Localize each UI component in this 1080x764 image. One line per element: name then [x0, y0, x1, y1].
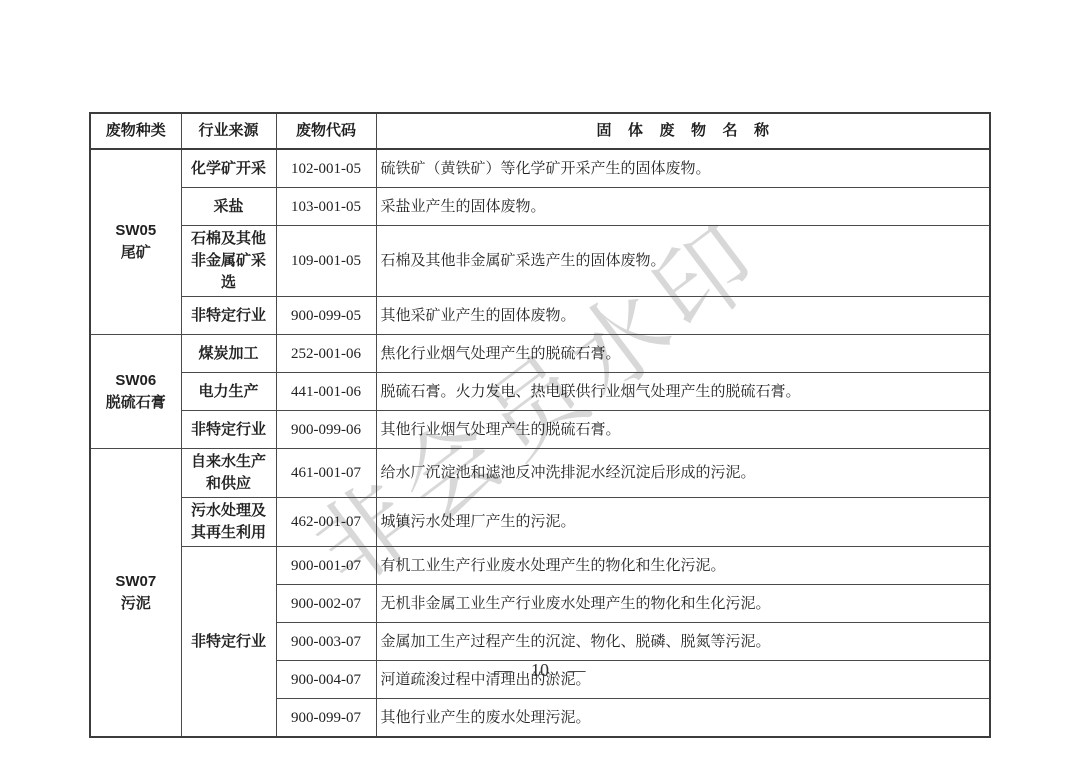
- waste-name-cell: 有机工业生产行业废水处理产生的物化和生化污泥。: [376, 547, 990, 585]
- table-row: SW07污泥自来水生产和供应461-001-07给水厂沉淀池和滤池反冲洗排泥水经…: [90, 449, 990, 498]
- waste-code-cell: 900-002-07: [276, 585, 376, 623]
- waste-code-cell: 461-001-07: [276, 449, 376, 498]
- column-header-waste-code: 废物代码: [276, 113, 376, 149]
- waste-category-label: 脱硫石膏: [95, 392, 177, 414]
- table-row: 非特定行业900-099-06其他行业烟气处理产生的脱硫石膏。: [90, 411, 990, 449]
- waste-catalog-table-container: 废物种类 行业来源 废物代码 固体废物名称 SW05尾矿化学矿开采102-001…: [89, 112, 991, 738]
- table-header-row: 废物种类 行业来源 废物代码 固体废物名称: [90, 113, 990, 149]
- waste-code-cell: 102-001-05: [276, 149, 376, 188]
- industry-source-cell: 化学矿开采: [181, 149, 276, 188]
- industry-source-cell: 电力生产: [181, 373, 276, 411]
- waste-category-label: 尾矿: [95, 242, 177, 264]
- waste-code-cell: 900-099-06: [276, 411, 376, 449]
- waste-code-cell: 252-001-06: [276, 335, 376, 373]
- waste-code-cell: 900-001-07: [276, 547, 376, 585]
- waste-category-cell: SW05尾矿: [90, 149, 181, 335]
- table-row: 非特定行业900-099-05其他采矿业产生的固体废物。: [90, 297, 990, 335]
- industry-source-cell: 非特定行业: [181, 297, 276, 335]
- table-row: 非特定行业900-001-07有机工业生产行业废水处理产生的物化和生化污泥。: [90, 547, 990, 585]
- industry-source-cell: 石棉及其他非金属矿采选: [181, 226, 276, 297]
- industry-source-cell: 煤炭加工: [181, 335, 276, 373]
- waste-name-cell: 城镇污水处理厂产生的污泥。: [376, 498, 990, 547]
- waste-code-cell: 462-001-07: [276, 498, 376, 547]
- table-row: SW05尾矿化学矿开采102-001-05硫铁矿（黄铁矿）等化学矿开采产生的固体…: [90, 149, 990, 188]
- waste-code-cell: 900-099-05: [276, 297, 376, 335]
- industry-source-cell: 采盐: [181, 188, 276, 226]
- waste-name-cell: 采盐业产生的固体废物。: [376, 188, 990, 226]
- table-row: 电力生产441-001-06脱硫石膏。火力发电、热电联供行业烟气处理产生的脱硫石…: [90, 373, 990, 411]
- waste-category-code: SW05: [95, 220, 177, 242]
- column-header-waste-name: 固体废物名称: [376, 113, 990, 149]
- waste-table-body: SW05尾矿化学矿开采102-001-05硫铁矿（黄铁矿）等化学矿开采产生的固体…: [90, 149, 990, 737]
- industry-source-cell: 自来水生产和供应: [181, 449, 276, 498]
- table-row: SW06脱硫石膏煤炭加工252-001-06焦化行业烟气处理产生的脱硫石膏。: [90, 335, 990, 373]
- column-header-waste-type: 废物种类: [90, 113, 181, 149]
- waste-code-cell: 103-001-05: [276, 188, 376, 226]
- column-header-industry-source: 行业来源: [181, 113, 276, 149]
- waste-category-code: SW07: [95, 571, 177, 593]
- waste-name-cell: 无机非金属工业生产行业废水处理产生的物化和生化污泥。: [376, 585, 990, 623]
- waste-name-cell: 其他行业烟气处理产生的脱硫石膏。: [376, 411, 990, 449]
- document-page: 非会员水印 废物种类 行业来源 废物代码 固体废物名称 SW05尾矿化学矿开采1…: [0, 0, 1080, 764]
- waste-name-cell: 脱硫石膏。火力发电、热电联供行业烟气处理产生的脱硫石膏。: [376, 373, 990, 411]
- waste-category-cell: SW07污泥: [90, 449, 181, 738]
- industry-source-cell: 非特定行业: [181, 411, 276, 449]
- waste-category-code: SW06: [95, 370, 177, 392]
- waste-name-cell: 其他行业产生的废水处理污泥。: [376, 699, 990, 738]
- table-row: 采盐103-001-05采盐业产生的固体废物。: [90, 188, 990, 226]
- waste-name-cell: 金属加工生产过程产生的沉淀、物化、脱磷、脱氮等污泥。: [376, 623, 990, 661]
- waste-code-cell: 900-099-07: [276, 699, 376, 738]
- waste-name-cell: 硫铁矿（黄铁矿）等化学矿开采产生的固体废物。: [376, 149, 990, 188]
- waste-name-cell: 给水厂沉淀池和滤池反冲洗排泥水经沉淀后形成的污泥。: [376, 449, 990, 498]
- waste-name-cell: 石棉及其他非金属矿采选产生的固体废物。: [376, 226, 990, 297]
- waste-code-cell: 441-001-06: [276, 373, 376, 411]
- table-row: 石棉及其他非金属矿采选109-001-05石棉及其他非金属矿采选产生的固体废物。: [90, 226, 990, 297]
- page-number: — 10 —: [89, 660, 991, 681]
- waste-category-cell: SW06脱硫石膏: [90, 335, 181, 449]
- table-row: 污水处理及其再生利用462-001-07城镇污水处理厂产生的污泥。: [90, 498, 990, 547]
- waste-catalog-table: 废物种类 行业来源 废物代码 固体废物名称 SW05尾矿化学矿开采102-001…: [89, 112, 991, 738]
- waste-name-cell: 焦化行业烟气处理产生的脱硫石膏。: [376, 335, 990, 373]
- waste-code-cell: 900-003-07: [276, 623, 376, 661]
- industry-source-cell: 非特定行业: [181, 547, 276, 738]
- waste-name-cell: 其他采矿业产生的固体废物。: [376, 297, 990, 335]
- waste-code-cell: 109-001-05: [276, 226, 376, 297]
- industry-source-cell: 污水处理及其再生利用: [181, 498, 276, 547]
- waste-category-label: 污泥: [95, 593, 177, 615]
